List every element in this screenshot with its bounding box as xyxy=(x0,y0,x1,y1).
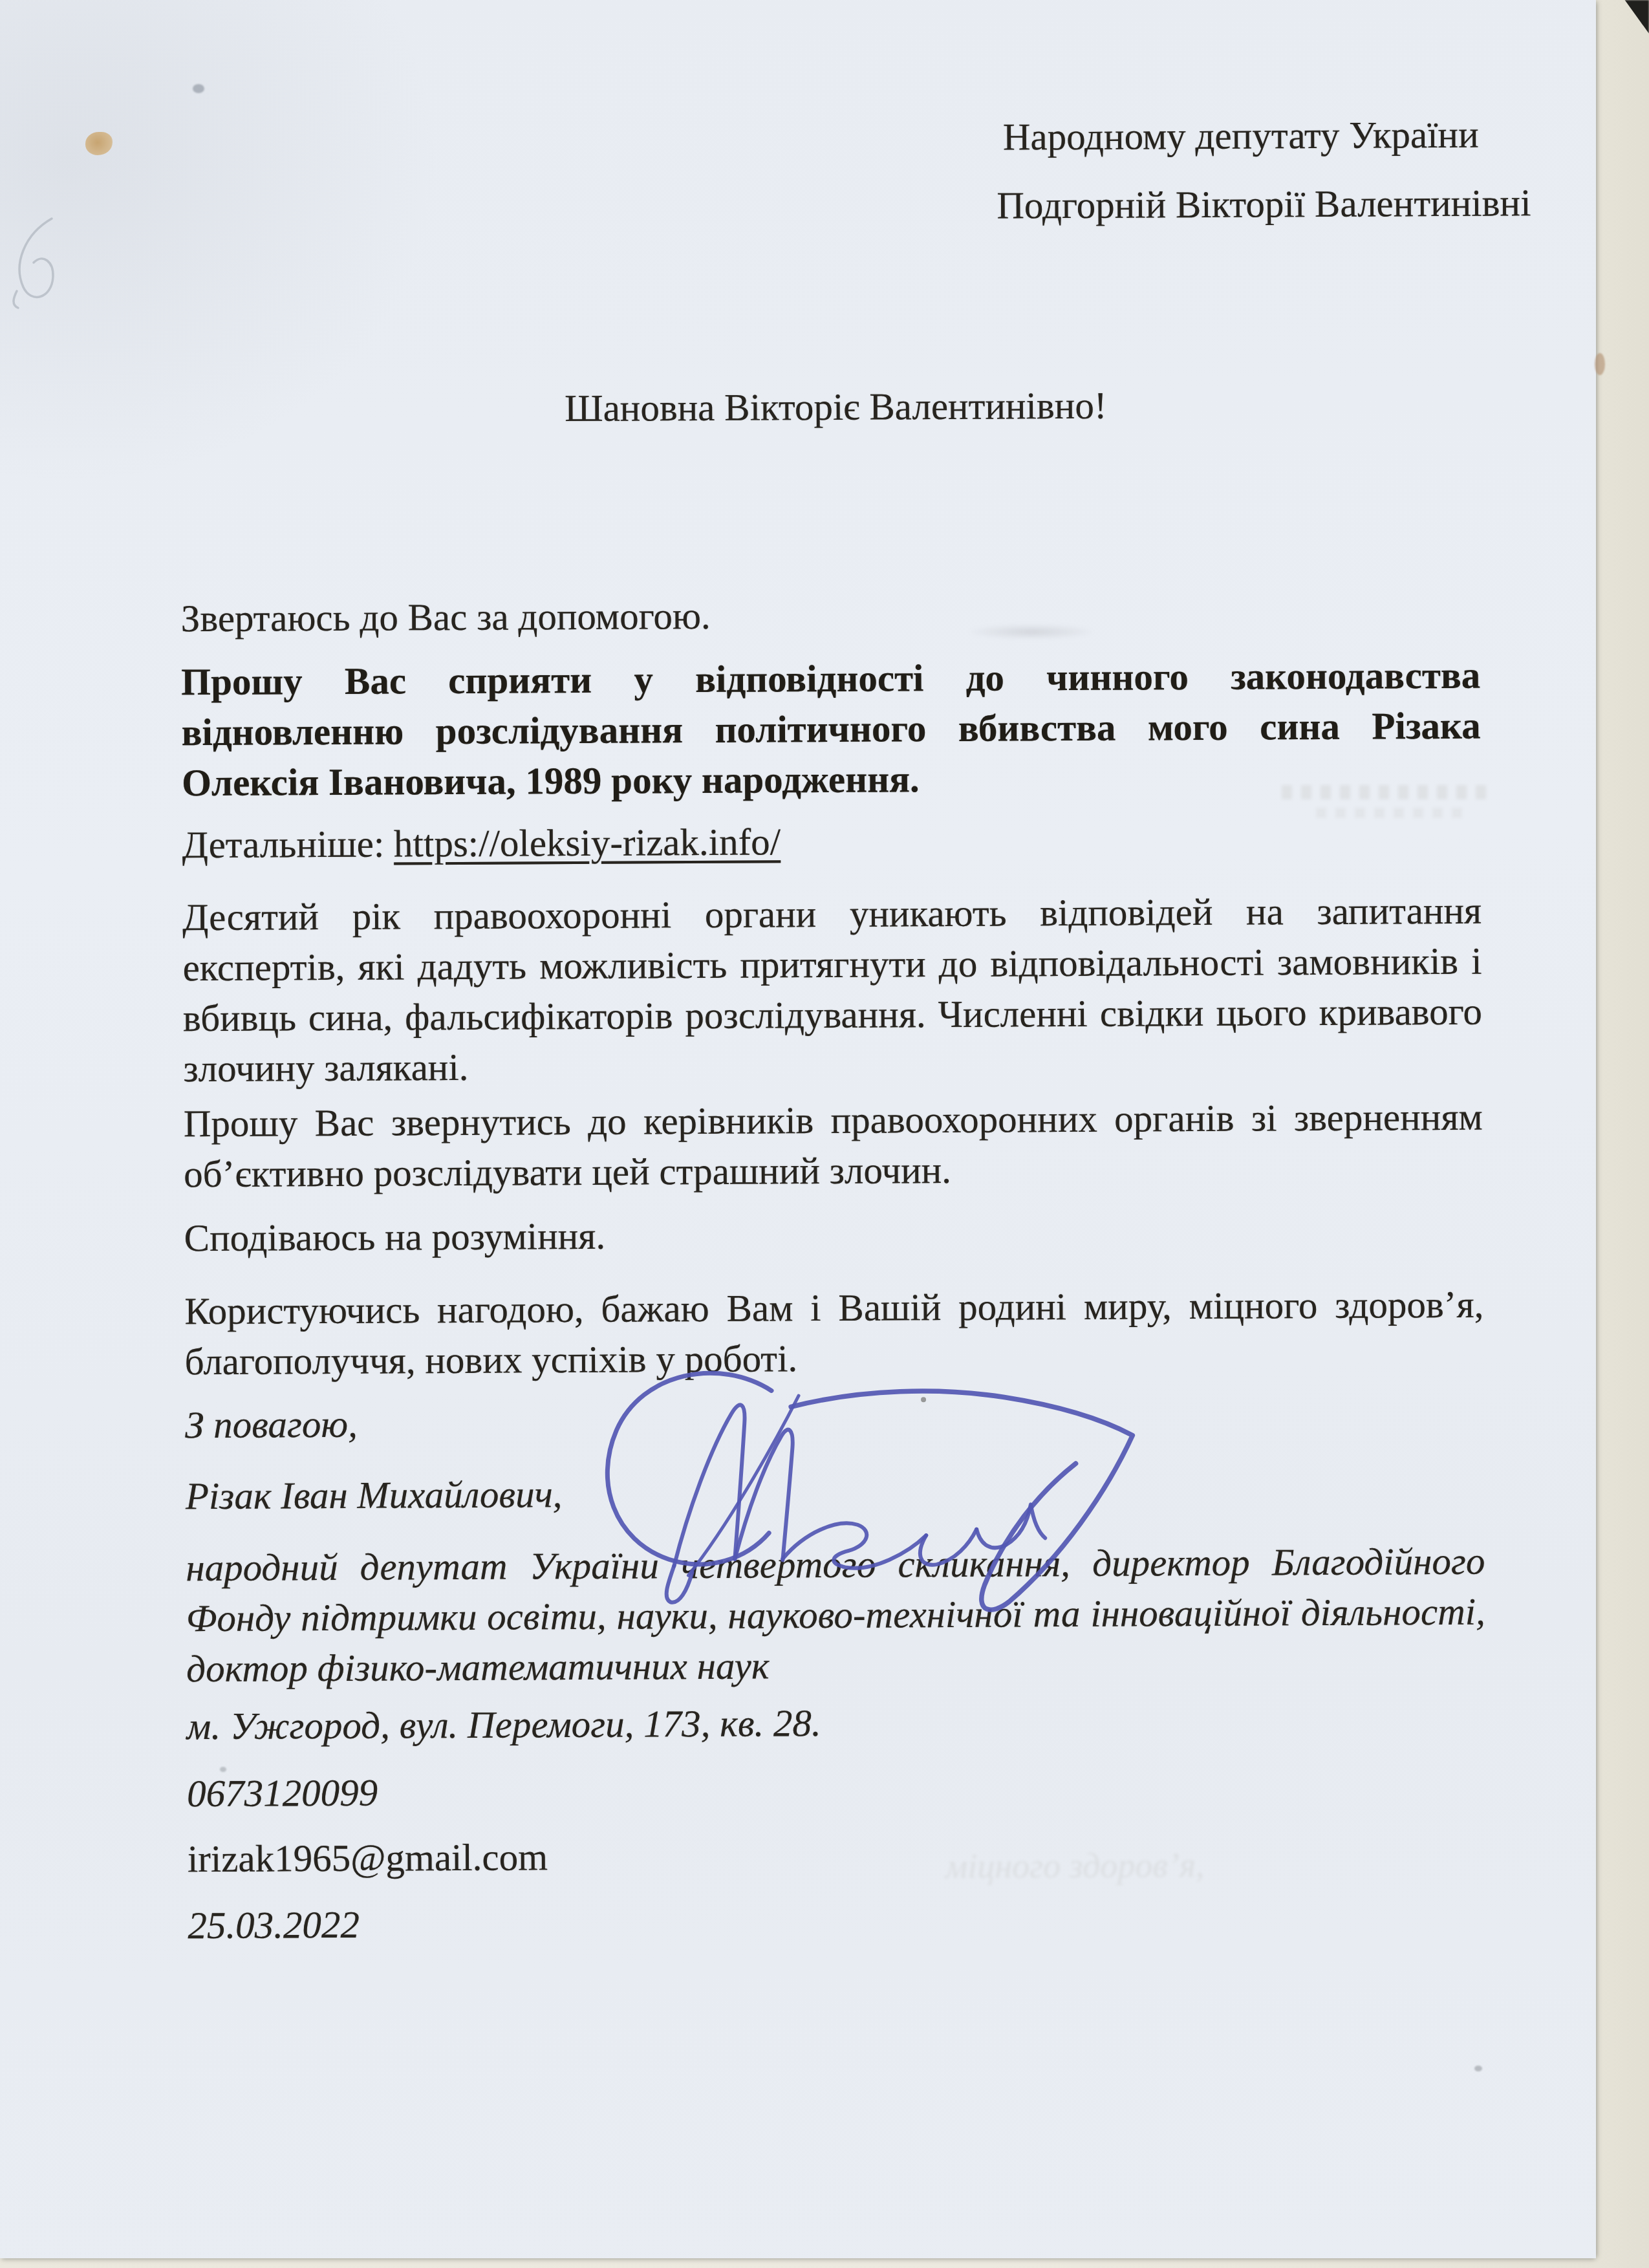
signer-address: м. Ужгород, вул. Перемоги, 173, кв. 28. xyxy=(186,1694,1485,1752)
signer-phone: 0673120099 xyxy=(187,1762,1486,1819)
scanner-background: Народному депутату України Подгорній Вік… xyxy=(0,0,1649,2268)
salutation: Шановна Вікторіє Валентинівно! xyxy=(565,380,1107,433)
recipient-line-1: Народному депутату України xyxy=(1003,109,1479,162)
letter-date: 25.03.2022 xyxy=(188,1894,1487,1951)
paragraph-investigation: Десятий рік правоохоронні органи уникают… xyxy=(182,885,1483,1094)
recipient-line-2: Подгорній Вікторії Валентинівні xyxy=(997,177,1531,230)
signer-email: irizak1965@gmail.com xyxy=(188,1827,1487,1885)
bleed-through-ghost xyxy=(1282,785,1495,799)
website-link[interactable]: https://oleksiy-rizak.info/ xyxy=(394,820,781,865)
paragraph-intro: Звертаюсь до Вас за допомогою. xyxy=(181,587,1480,644)
bleed-through-ghost xyxy=(1316,808,1471,818)
paragraph-hope: Сподіваюсь на розуміння. xyxy=(184,1206,1483,1264)
scan-smudge xyxy=(970,625,1093,639)
letter-content: Народному депутату України Подгорній Вік… xyxy=(0,0,1649,2268)
bleed-through-text: міцного здоров’я, xyxy=(945,1845,1205,1886)
paragraph-request: Прошу Вас сприяти у відповідності до чин… xyxy=(181,650,1481,808)
paragraph-details: Детальніше: https://oleksiy-rizak.info/ xyxy=(182,813,1481,870)
scanned-letter-page: { "letter": { "recipient": { "line1": "Н… xyxy=(0,0,1649,2268)
details-label: Детальніше: xyxy=(182,823,384,867)
handwritten-signature xyxy=(558,1338,1174,1645)
dust-speck xyxy=(193,84,204,93)
ink-speck xyxy=(921,1397,926,1402)
pencil-smudge xyxy=(5,208,76,318)
paragraph-appeal: Прошу Вас звернутись до керівників право… xyxy=(184,1092,1483,1200)
dust-speck xyxy=(220,1767,226,1772)
edge-stain xyxy=(1595,353,1605,375)
dust-speck xyxy=(1474,2066,1482,2071)
